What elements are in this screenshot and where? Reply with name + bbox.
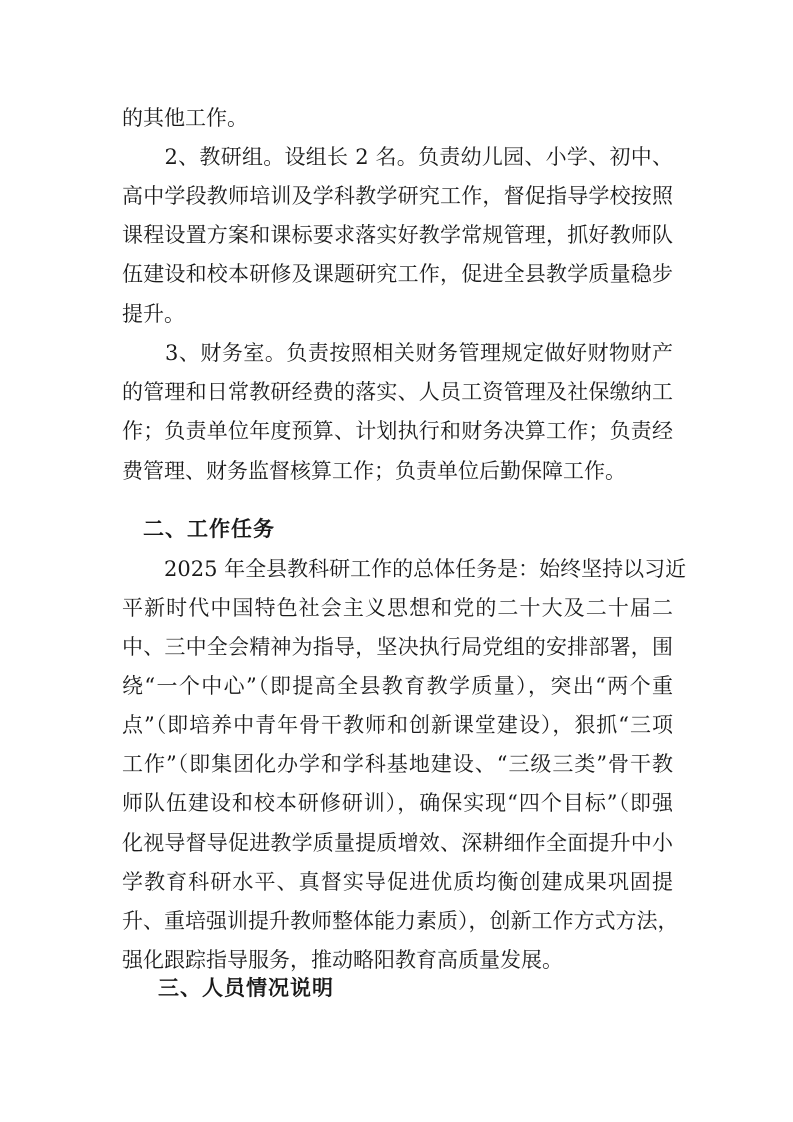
document-page: 的其他工作。 2、教研组。设组长 2 名。负责幼儿园、小学、初中、 高中学段教师…: [0, 0, 793, 1122]
paragraph-line: 化视导督导促进教学质量提质增效、深耕细作全面提升中小: [122, 828, 673, 858]
paragraph-line: 2、教研组。设组长 2 名。负责幼儿园、小学、初中、: [122, 142, 673, 172]
paragraph-line: 伍建设和校本研修及课题研究工作，促进全县教学质量稳步: [122, 259, 673, 289]
section-heading-3: 三、人员情况说明: [158, 973, 334, 1003]
paragraph-line: 学教育科研水平、真督实导促进优质均衡创建成果巩固提: [122, 867, 673, 897]
paragraph-line: 平新时代中国特色社会主义思想和党的二十大及二十届二: [122, 593, 673, 623]
paragraph-line: 绕“一个中心”（即提高全县教育教学质量），突出“两个重: [122, 671, 673, 701]
paragraph-line: 的其他工作。: [122, 103, 673, 133]
paragraph-line: 高中学段教师培训及学科教学研究工作，督促指导学校按照: [122, 181, 673, 211]
paragraph-line: 工作”（即集团化办学和学科基地建设、“三级三类”骨干教: [122, 749, 673, 779]
paragraph-line: 3、财务室。负责按照相关财务管理规定做好财物财产: [122, 338, 673, 368]
paragraph-line: 升、重培强训提升教师整体能力素质），创新工作方式方法，: [122, 906, 673, 936]
paragraph-line: 点”（即培养中青年骨干教师和创新课堂建设），狠抓“三项: [122, 710, 673, 740]
paragraph-line: 中、三中全会精神为指导，坚决执行局党组的安排部署，围: [122, 632, 673, 662]
paragraph-line: 强化跟踪指导服务，推动略阳教育高质量发展。: [122, 945, 673, 975]
paragraph-line: 作；负责单位年度预算、计划执行和财务决算工作；负责经: [122, 416, 673, 446]
paragraph-line: 课程设置方案和课标要求落实好教学常规管理，抓好教师队: [122, 220, 673, 250]
paragraph-line: 提升。: [122, 299, 673, 329]
paragraph-line: 的管理和日常教研经费的落实、人员工资管理及社保缴纳工: [122, 377, 673, 407]
paragraph-line: 2025 年全县教科研工作的总体任务是：始终坚持以习近: [122, 554, 673, 584]
section-heading-2: 二、工作任务: [143, 514, 275, 544]
paragraph-line: 师队伍建设和校本研修研训），确保实现“四个目标”（即强: [122, 788, 673, 818]
paragraph-line: 费管理、财务监督核算工作；负责单位后勤保障工作。: [122, 456, 673, 486]
